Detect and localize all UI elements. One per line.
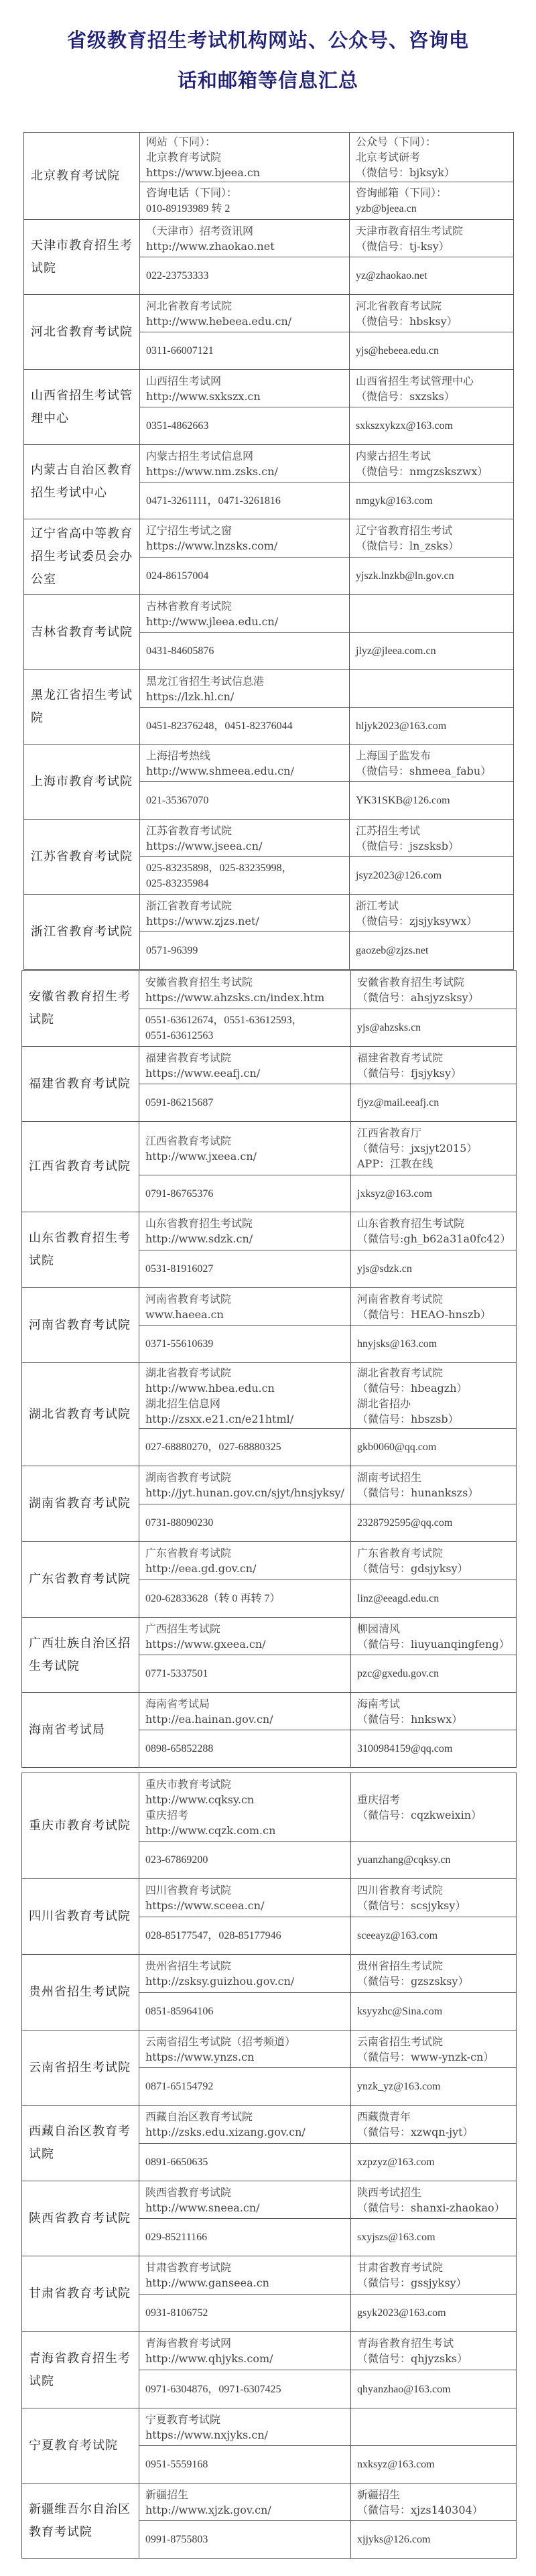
website-cell-line: 上海招考热线 (146, 748, 349, 763)
phone-cell-line: 0771-5337501 (145, 1666, 350, 1681)
wechat-account-cell: 内蒙古招生考试（微信号：nmgzskszwx） (350, 445, 514, 482)
wechat-account-cell-line: 江西省教育厅 (357, 1125, 516, 1141)
email-cell: qhyanzhao@163.com (351, 2370, 517, 2408)
phone-cell-line: 024-86157004 (146, 568, 349, 584)
wechat-account-cell-line: （微信号：gssjyksy） (357, 2275, 516, 2291)
table-row: 广东省教育考试院广东省教育考试院http://eea.gd.gov.cn/广东省… (22, 1542, 517, 1580)
phone-cell-line: 025-83235898，025-83235998， (146, 860, 349, 876)
email-cell-line: linz@eeagd.edu.cn (357, 1591, 516, 1606)
wechat-account-cell: 上海国子监发布（微信号：shmeea_fabu） (350, 745, 514, 782)
institution-name: 西藏自治区教育考试院 (22, 2106, 139, 2181)
wechat-account-cell-line: （微信号：nmgzskszwx） (356, 464, 513, 479)
phone-cell-line: 咨询电话（下同）： (146, 186, 349, 201)
website-cell-line: 黑龙江省招生考试信息港 (146, 673, 349, 689)
website-cell: 山西招生考试网http://www.sxkszx.cn (140, 370, 350, 407)
institution-name: 贵州省招生考试院 (22, 1955, 139, 2031)
wechat-account-cell: 重庆招考（微信号：cqzkweixin） (351, 1773, 517, 1842)
wechat-account-cell: 湖南考试招生（微信号：hunankszs） (351, 1466, 517, 1504)
phone-cell-line: 0791-86765376 (145, 1186, 350, 1202)
phone-cell: 0531-81916027 (139, 1250, 351, 1288)
table-row: 天津市教育招生考试院（天津市）招考资讯网http://www.zhaokao.n… (24, 220, 514, 257)
website-cell-line: 网站（下同）： (146, 134, 349, 149)
website-cell: 山东省教育招生考试院http://www.sdzk.cn/ (139, 1212, 351, 1250)
wechat-account-cell: 新疆招生（微信号：xjzs140304） (351, 2484, 517, 2521)
email-cell-line: yzb@bjeea.cn (356, 201, 513, 216)
wechat-account-cell: 湖北省教育考试院（微信号：hbeagzh）湖北省招办（微信号：hbszsb） (351, 1363, 517, 1429)
website-cell-line: 湖北省教育考试院 (145, 1365, 350, 1380)
phone-cell-line: 0898-65852288 (145, 1741, 350, 1756)
email-cell: ksyyzhc@Sina.com (351, 1993, 517, 2031)
website-cell-line: http://zsksy.guizhou.gov.cn/ (145, 1974, 350, 1989)
wechat-account-cell-line: 湖北省招办 (357, 1396, 516, 1411)
wechat-account-cell-line: （微信号：gzszsksy） (357, 1974, 516, 1989)
email-cell: sceeayz@163.com (351, 1917, 517, 1955)
phone-cell-line: 0311-66007121 (146, 343, 349, 359)
wechat-account-cell-line: 安徽省教育招生考试院 (357, 974, 516, 990)
phone-cell-line: 0971-6304876，0971-6307425 (145, 2382, 350, 2397)
phone-cell: 0951-5559168 (139, 2446, 351, 2484)
website-cell-line: 陕西省教育考试院 (145, 2185, 350, 2200)
website-cell-line: 河南省教育考试院 (145, 1291, 350, 1307)
website-cell-line: http://www.ganseea.cn (145, 2275, 350, 2291)
email-cell-line: sxkszxykzx@163.com (356, 418, 513, 434)
website-cell-line: http://jyt.hunan.gov.cn/sjyt/hnsjyksy/ (145, 1485, 350, 1500)
wechat-account-cell-line: （微信号：shmeea_fabu） (356, 763, 513, 779)
phone-cell-line: 0951-5559168 (145, 2457, 350, 2472)
wechat-account-cell-line: （微信号：jszsksb） (356, 838, 513, 854)
email-cell: fjyz@mail.eeafj.cn (351, 1084, 517, 1122)
website-cell-line: 浙江省教育考试院 (146, 898, 349, 913)
website-cell-line: http://ea.hainan.gov.cn/ (145, 1712, 350, 1727)
website-cell-line: 北京教育考试院 (146, 149, 349, 165)
table-row: 湖南省教育考试院湖南省教育考试院http://jyt.hunan.gov.cn/… (22, 1466, 517, 1504)
phone-cell: 0431-84605876 (140, 633, 350, 670)
institution-name: 浙江省教育考试院 (24, 895, 140, 970)
table-row: 安徽省教育招生考试院安徽省教育招生考试院https://www.ahzsks.c… (22, 971, 517, 1009)
website-cell-line: https://www.ahzsks.cn/index.htm (145, 990, 350, 1005)
email-cell-line: jlyz@jleea.com.cn (356, 643, 513, 659)
email-cell: sxyjszs@163.com (351, 2219, 517, 2256)
phone-cell: 023-67869200 (139, 1842, 351, 1879)
info-table-1: 北京教育考试院网站（下同）：北京教育考试院https://www.bjeea.c… (23, 132, 514, 970)
phone-cell-line: 022-23753333 (146, 268, 349, 283)
wechat-account-cell-line: （微信号：hnkswx） (357, 1712, 516, 1727)
website-cell: 西藏自治区教育考试院http://zsks.edu.xizang.gov.cn/ (139, 2106, 351, 2144)
institution-name: 山西省招生考试管理中心 (24, 370, 140, 445)
email-cell-line: yjs@ahzsks.cn (357, 1020, 516, 1035)
website-cell: 宁夏教育考试院https://www.nxjyks.cn/ (139, 2408, 351, 2446)
website-cell-line: http://www.sdzk.cn/ (145, 1231, 350, 1246)
table-row: 湖北省教育考试院湖北省教育考试院http://www.hbea.edu.cn湖北… (22, 1363, 517, 1429)
email-cell-line: 3100984159@qq.com (357, 1741, 516, 1756)
website-cell-line: https://www.bjeea.cn (146, 165, 349, 180)
email-cell: pzc@gxedu.gov.cn (351, 1655, 517, 1693)
website-cell-line: 江西省教育考试院 (145, 1133, 350, 1149)
wechat-account-cell: 山东省教育招生考试院（微信号:gh_b62a31a0fc42） (351, 1212, 517, 1250)
title-line-2: 话和邮箱等信息汇总 (0, 60, 536, 101)
institution-name: 广东省教育考试院 (22, 1542, 139, 1618)
email-cell: gaozeb@zjzs.net (350, 932, 514, 970)
table-row: 河北省教育考试院河北省教育考试院http://www.hebeea.edu.cn… (24, 295, 514, 332)
email-cell: yjs@hebeea.edu.cn (350, 332, 514, 370)
email-cell: nxksyz@163.com (351, 2446, 517, 2484)
website-cell-line: 湖南省教育考试院 (145, 1470, 350, 1485)
website-cell-line: http://www.shmeea.edu.cn/ (146, 763, 349, 779)
wechat-account-cell-line: 柳园清风 (357, 1621, 516, 1636)
wechat-account-cell: 山西省招生考试管理中心（微信号：sxzsks） (350, 370, 514, 407)
wechat-account-cell: 江西省教育厅（微信号：jxsjyt2015）APP：江教在线 (351, 1122, 517, 1175)
phone-cell-line: 0571-96399 (146, 943, 349, 958)
institution-name: 山东省教育招生考试院 (22, 1212, 139, 1288)
table-row: 四川省教育考试院四川省教育考试院https://www.sceea.cn/四川省… (22, 1879, 517, 1917)
website-cell-line: 安徽省教育招生考试院 (145, 974, 350, 990)
wechat-account-cell-line: 陕西考试招生 (357, 2185, 516, 2200)
website-cell: 广西招生考试院https://www.gxeea.cn/ (139, 1618, 351, 1655)
website-cell: 江苏省教育考试院https://www.jseea.cn/ (140, 820, 350, 857)
phone-cell-line: 023-67869200 (145, 1852, 350, 1868)
phone-cell: 咨询电话（下同）：010-89193989 转 2 (140, 182, 350, 220)
email-cell: yjs@ahzsks.cn (351, 1009, 517, 1047)
phone-cell: 0591-86215687 (139, 1084, 351, 1122)
institution-name: 内蒙古自治区教育招生考试中心 (24, 445, 140, 519)
email-cell: yjszk.lnzkb@ln.gov.cn (350, 558, 514, 595)
email-cell: 3100984159@qq.com (351, 1730, 517, 1768)
wechat-account-cell-line: （微信号：sxzsks） (356, 389, 513, 404)
institution-name: 河北省教育考试院 (24, 295, 140, 370)
wechat-account-cell: 广东省教育考试院（微信号：gdsjyksy） (351, 1542, 517, 1580)
email-cell: jsyz2023@126.com (350, 857, 514, 895)
website-cell-line: 贵州省招生考试院 (145, 1958, 350, 1974)
email-cell: hnyjsks@163.com (351, 1326, 517, 1363)
website-cell: 辽宁招生考试之窗https://www.lnzsks.com/ (140, 519, 350, 558)
wechat-account-cell-line: （微信号：shanxi-zhaokao） (357, 2200, 516, 2215)
email-cell-line: hljyk2023@163.com (356, 718, 513, 734)
email-cell: yjs@sdzk.cn (351, 1250, 517, 1288)
website-cell-line: https://www.sceea.cn/ (145, 1898, 350, 1913)
phone-cell-line: 027-68880270，027-68880325 (145, 1439, 350, 1455)
table-row: 山东省教育招生考试院山东省教育招生考试院http://www.sdzk.cn/山… (22, 1212, 517, 1250)
wechat-account-cell-line: （微信号：hbsksy） (356, 314, 513, 329)
institution-name: 湖北省教育考试院 (22, 1363, 139, 1466)
website-cell: 重庆市教育考试院http://www.cqksy.cn重庆招考http://ww… (139, 1773, 351, 1842)
wechat-account-cell-line: 贵州省招生考试院 (357, 1958, 516, 1974)
email-cell: gsyk2023@163.com (351, 2295, 517, 2332)
phone-cell-line: 0531-81916027 (145, 1261, 350, 1277)
wechat-account-cell: 河北省教育考试院（微信号：hbsksy） (350, 295, 514, 332)
website-cell-line: https://www.ynzs.cn (145, 2049, 350, 2065)
phone-cell-line: 0871-65154792 (145, 2079, 350, 2094)
table-row: 广西壮族自治区招生考试院广西招生考试院https://www.gxeea.cn/… (22, 1618, 517, 1655)
table-row: 宁夏教育考试院宁夏教育考试院https://www.nxjyks.cn/ (22, 2408, 517, 2446)
phone-cell: 020-62833628（转 0 再转 7） (139, 1580, 351, 1618)
wechat-account-cell-line: （微信号：tj-ksy） (356, 239, 513, 254)
phone-cell: 024-86157004 (140, 558, 350, 595)
website-cell-line: 青海省教育考试网 (145, 2335, 350, 2351)
email-cell: xjjyks@126.com (351, 2521, 517, 2559)
email-cell-line: gkb0060@qq.com (357, 1439, 516, 1455)
phone-cell: 025-83235898，025-83235998，025-83235984 (140, 857, 350, 895)
wechat-account-cell: 河南省教育考试院（微信号：HEAO-hnszb） (351, 1288, 517, 1326)
wechat-account-cell-line: 北京考试研考 (356, 149, 513, 165)
website-cell-line: 重庆市教育考试院 (145, 1777, 350, 1792)
email-cell-line: jsyz2023@126.com (356, 868, 513, 883)
wechat-account-cell-line: 新疆招生 (357, 2487, 516, 2502)
table-row: 河南省教育考试院河南省教育考试院www.haeea.cn河南省教育考试院（微信号… (22, 1288, 517, 1326)
wechat-account-cell-line: （微信号：scsjyksy） (357, 1898, 516, 1913)
wechat-account-cell-line: 甘肃省教育考试院 (357, 2260, 516, 2275)
website-cell-line: 海南省考试局 (145, 1696, 350, 1712)
institution-name: 吉林省教育考试院 (24, 595, 140, 670)
wechat-account-cell-line: （微信号：hbeagzh） (357, 1380, 516, 1396)
website-cell-line: 广西招生考试院 (145, 1621, 350, 1636)
phone-cell: 0791-86765376 (139, 1175, 351, 1212)
email-cell-line: jxksyz@163.com (357, 1186, 516, 1202)
phone-cell: 0371-55610639 (139, 1326, 351, 1363)
email-cell-line: 咨询邮箱（下同）： (356, 186, 513, 201)
phone-cell-line: 0371-55610639 (145, 1336, 350, 1352)
website-cell: 四川省教育考试院https://www.sceea.cn/ (139, 1879, 351, 1917)
email-cell: YK31SKB@126.com (350, 782, 514, 820)
website-cell-line: http://www.hbea.edu.cn (145, 1380, 350, 1396)
wechat-account-cell-line: 山东省教育招生考试院 (357, 1216, 516, 1231)
institution-name: 云南省招生考试院 (22, 2031, 139, 2106)
phone-cell-line: 010-89193989 转 2 (146, 201, 349, 216)
website-cell-line: 宁夏教育考试院 (145, 2412, 350, 2427)
phone-cell: 022-23753333 (140, 257, 350, 295)
website-cell-line: http://www.jxeea.cn/ (145, 1149, 350, 1164)
website-cell-line: https://www.nxjyks.cn/ (145, 2427, 350, 2443)
website-cell-line: 山东省教育招生考试院 (145, 1216, 350, 1231)
email-cell-line: gsyk2023@163.com (357, 2305, 516, 2321)
website-cell: 上海招考热线http://www.shmeea.edu.cn/ (140, 745, 350, 782)
phone-cell-line: 0451-82376248，0451-82376044 (146, 718, 349, 734)
website-cell-line: 湖北招生信息网 (145, 1396, 350, 1411)
email-cell-line: yjszk.lnzkb@ln.gov.cn (356, 568, 513, 584)
phone-cell-line: 0991-8755803 (145, 2532, 350, 2547)
wechat-account-cell-line: 河南省教育考试院 (357, 1291, 516, 1307)
phone-cell: 0971-6304876，0971-6307425 (139, 2370, 351, 2408)
institution-name: 福建省教育考试院 (22, 1047, 139, 1122)
phone-cell-line: 021-35367070 (146, 793, 349, 808)
wechat-account-cell-line: 青海省教育招生考试 (357, 2335, 516, 2351)
email-cell-line: yuanzhang@cqksy.cn (357, 1852, 516, 1868)
wechat-account-cell: 四川省教育考试院（微信号：scsjyksy） (351, 1879, 517, 1917)
phone-cell: 0571-96399 (140, 932, 350, 970)
phone-cell: 0451-82376248，0451-82376044 (140, 708, 350, 745)
website-cell: （天津市）招考资讯网http://www.zhaokao.net (140, 220, 350, 257)
wechat-account-cell: 西藏微青年（微信号：xzwqn-jyt） (351, 2106, 517, 2144)
website-cell: 吉林省教育考试院http://www.jleea.edu.cn/ (140, 595, 350, 633)
email-cell: hljyk2023@163.com (350, 708, 514, 745)
wechat-account-cell-line: （微信号：jxsjyt2015） (357, 1141, 516, 1156)
wechat-account-cell-line: （微信号:gh_b62a31a0fc42） (357, 1231, 516, 1246)
website-cell: 浙江省教育考试院https://www.zjzs.net/ (140, 895, 350, 932)
website-cell-line: 山西招生考试网 (146, 373, 349, 389)
institution-name: 北京教育考试院 (24, 133, 140, 220)
email-cell-line: sxyjszs@163.com (357, 2230, 516, 2245)
wechat-account-cell-line: （微信号：ahsjyzsksy） (357, 990, 516, 1005)
wechat-account-cell-line: （微信号：zjsjyksywx） (356, 913, 513, 929)
website-cell: 广东省教育考试院http://eea.gd.gov.cn/ (139, 1542, 351, 1580)
website-cell-line: http://www.sxkszx.cn (146, 389, 349, 404)
phone-cell: 0351-4862663 (140, 407, 350, 445)
website-cell: 网站（下同）：北京教育考试院https://www.bjeea.cn (140, 133, 350, 182)
institution-name: 宁夏教育考试院 (22, 2408, 139, 2484)
wechat-account-cell (350, 670, 514, 708)
phone-cell-line: 0731-88090230 (145, 1515, 350, 1531)
email-cell: xzpzyz@163.com (351, 2144, 517, 2181)
table-row: 吉林省教育考试院吉林省教育考试院http://www.jleea.edu.cn/ (24, 595, 514, 633)
wechat-account-cell-line: （微信号：gdsjyksy） (357, 1561, 516, 1576)
phone-cell: 027-68880270，027-68880325 (139, 1429, 351, 1466)
wechat-account-cell: 江苏招生考试（微信号：jszsksb） (350, 820, 514, 857)
website-cell: 湖南省教育考试院http://jyt.hunan.gov.cn/sjyt/hns… (139, 1466, 351, 1504)
email-cell-line: fjyz@mail.eeafj.cn (357, 1095, 516, 1110)
wechat-account-cell-line: （微信号：fjsjyksy） (357, 1066, 516, 1081)
institution-name: 海南省考试局 (22, 1693, 139, 1768)
wechat-account-cell-line: 湖北省教育考试院 (357, 1365, 516, 1380)
website-cell-line: https://www.jseea.cn/ (146, 838, 349, 854)
wechat-account-cell-line: 浙江考试 (356, 898, 513, 913)
website-cell: 黑龙江省招生考试信息港https://lzk.hl.cn/ (140, 670, 350, 708)
phone-cell-line: 029-85211166 (145, 2230, 350, 2245)
wechat-account-cell: 浙江考试（微信号：zjsjyksywx） (350, 895, 514, 932)
website-cell-line: 江苏省教育考试院 (146, 823, 349, 838)
website-cell-line: http://www.zhaokao.net (146, 239, 349, 254)
wechat-account-cell-line: （微信号：www-ynzk-cn） (357, 2049, 516, 2065)
institution-name: 陕西省教育考试院 (22, 2181, 139, 2256)
phone-cell: 021-35367070 (140, 782, 350, 820)
website-cell-line: 福建省教育考试院 (145, 1050, 350, 1066)
wechat-account-cell-line: 云南省招生考试院 (357, 2034, 516, 2049)
email-cell-line: sceeayz@163.com (357, 1928, 516, 1943)
wechat-account-cell-line: （微信号：HEAO-hnszb） (357, 1307, 516, 1322)
table-row: 北京教育考试院网站（下同）：北京教育考试院https://www.bjeea.c… (24, 133, 514, 182)
table-row: 陕西省教育考试院陕西省教育考试院http://www.sneea.cn/陕西考试… (22, 2181, 517, 2219)
table-row: 青海省教育招生考试院青海省教育考试网http://www.qhjyks.com/… (22, 2332, 517, 2370)
wechat-account-cell-line: （微信号：liuyuanqingfeng） (357, 1636, 516, 1652)
phone-cell-line: 0551-63612563 (145, 1028, 350, 1043)
wechat-account-cell: 辽宁省教育招生考试（微信号：ln_zsks） (350, 519, 514, 558)
title-line-1: 省级教育招生考试机构网站、公众号、咨询电 (0, 20, 536, 60)
website-cell-line: 广东省教育考试院 (145, 1545, 350, 1561)
wechat-account-cell-line: 辽宁省教育招生考试 (356, 523, 513, 538)
wechat-account-cell-line: 河北省教育考试院 (356, 298, 513, 314)
email-cell: jlyz@jleea.com.cn (350, 633, 514, 670)
wechat-account-cell-line: （微信号：hbszsb） (357, 1411, 516, 1427)
email-cell: yuanzhang@cqksy.cn (351, 1842, 517, 1879)
wechat-account-cell-line: （微信号：xjzs140304） (357, 2502, 516, 2518)
institution-name: 江苏省教育考试院 (24, 820, 140, 895)
website-cell-line: http://www.hebeea.edu.cn/ (146, 314, 349, 329)
website-cell-line: 西藏自治区教育考试院 (145, 2109, 350, 2124)
website-cell: 陕西省教育考试院http://www.sneea.cn/ (139, 2181, 351, 2219)
website-cell-line: http://www.xjzk.gov.cn/ (145, 2502, 350, 2518)
website-cell-line: https://www.gxeea.cn/ (145, 1636, 350, 1652)
wechat-account-cell: 安徽省教育招生考试院（微信号：ahsjyzsksy） (351, 971, 517, 1009)
institution-name: 新疆维吾尔自治区教育考试院 (22, 2484, 139, 2559)
wechat-account-cell: 甘肃省教育考试院（微信号：gssjyksy） (351, 2256, 517, 2295)
info-table-2: 安徽省教育招生考试院安徽省教育招生考试院https://www.ahzsks.c… (21, 970, 517, 1768)
wechat-account-cell: 陕西考试招生（微信号：shanxi-zhaokao） (351, 2181, 517, 2219)
wechat-account-cell-line: APP：江教在线 (357, 1156, 516, 1171)
email-cell-line: nmgyk@163.com (356, 493, 513, 509)
website-cell-line: 云南省招生考试院（招考频道） (145, 2034, 350, 2049)
phone-cell: 028-85177547，028-85177946 (139, 1917, 351, 1955)
wechat-account-cell-line: 天津市教育招生考试院 (356, 223, 513, 239)
website-cell-line: https://lzk.hl.cn/ (146, 689, 349, 704)
wechat-account-cell: 贵州省招生考试院（微信号：gzszsksy） (351, 1955, 517, 1993)
table-row: 新疆维吾尔自治区教育考试院新疆招生http://www.xjzk.gov.cn/… (22, 2484, 517, 2521)
phone-cell: 029-85211166 (139, 2219, 351, 2256)
table-row: 甘肃省教育考试院甘肃省教育考试院http://www.ganseea.cn甘肃省… (22, 2256, 517, 2295)
table-row: 江西省教育考试院江西省教育考试院http://www.jxeea.cn/江西省教… (22, 1122, 517, 1175)
email-cell: gkb0060@qq.com (351, 1429, 517, 1466)
email-cell: 2328792595@qq.com (351, 1504, 517, 1542)
phone-cell-line: 0351-4862663 (146, 418, 349, 434)
website-cell-line: 内蒙古招生考试信息网 (146, 448, 349, 464)
phone-cell-line: 0851-85964106 (145, 2004, 350, 2019)
phone-cell: 0891-6650635 (139, 2144, 351, 2181)
table-row: 西藏自治区教育考试院西藏自治区教育考试院http://zsks.edu.xiza… (22, 2106, 517, 2144)
email-cell: nmgyk@163.com (350, 482, 514, 519)
wechat-account-cell: 云南省招生考试院（微信号：www-ynzk-cn） (351, 2031, 517, 2068)
email-cell: jxksyz@163.com (351, 1175, 517, 1212)
website-cell-line: http://eea.gd.gov.cn/ (145, 1561, 350, 1576)
wechat-account-cell-line: 西藏微青年 (357, 2109, 516, 2124)
wechat-account-cell-line: 上海国子监发布 (356, 748, 513, 763)
table-row: 重庆市教育考试院重庆市教育考试院http://www.cqksy.cn重庆招考h… (22, 1773, 517, 1842)
email-cell-line: YK31SKB@126.com (356, 793, 513, 808)
email-cell-line: yjs@sdzk.cn (357, 1261, 516, 1277)
wechat-account-cell-line: 重庆招考 (357, 1792, 516, 1807)
website-cell: 云南省招生考试院（招考频道）https://www.ynzs.cn (139, 2031, 351, 2068)
phone-cell: 0991-8755803 (139, 2521, 351, 2559)
table-row: 福建省教育考试院福建省教育考试院https://www.eeafj.cn/福建省… (22, 1047, 517, 1084)
institution-name: 四川省教育考试院 (22, 1879, 139, 1955)
email-cell-line: hnyjsks@163.com (357, 1336, 516, 1352)
institution-name: 广西壮族自治区招生考试院 (22, 1618, 139, 1693)
email-cell: 咨询邮箱（下同）：yzb@bjeea.cn (350, 182, 514, 220)
email-cell-line: pzc@gxedu.gov.cn (357, 1666, 516, 1681)
website-cell: 甘肃省教育考试院http://www.ganseea.cn (139, 2256, 351, 2295)
phone-cell-line: 0931-8106752 (145, 2305, 350, 2321)
wechat-account-cell (350, 595, 514, 633)
website-cell: 新疆招生http://www.xjzk.gov.cn/ (139, 2484, 351, 2521)
phone-cell: 0871-65154792 (139, 2068, 351, 2106)
website-cell: 贵州省招生考试院http://zsksy.guizhou.gov.cn/ (139, 1955, 351, 1993)
wechat-account-cell-line: （微信号：bjksyk） (356, 165, 513, 180)
wechat-account-cell-line: （微信号：xzwqn-jyt） (357, 2124, 516, 2140)
website-cell-line: http://www.qhjyks.com/ (145, 2351, 350, 2366)
institution-name: 江西省教育考试院 (22, 1122, 139, 1212)
email-cell-line: nxksyz@163.com (357, 2457, 516, 2472)
website-cell-line: http://www.jleea.edu.cn/ (146, 614, 349, 629)
website-cell-line: https://www.nm.zsks.cn/ (146, 464, 349, 479)
table-row: 山西省招生考试管理中心山西招生考试网http://www.sxkszx.cn山西… (24, 370, 514, 407)
institution-name: 湖南省教育考试院 (22, 1466, 139, 1542)
phone-cell-line: 025-83235984 (146, 876, 349, 891)
institution-name: 青海省教育招生考试院 (22, 2332, 139, 2408)
phone-cell-line: 0431-84605876 (146, 643, 349, 659)
website-cell-line: 重庆招考 (145, 1807, 350, 1823)
phone-cell-line: 0891-6650635 (145, 2154, 350, 2170)
table-row: 海南省考试局海南省考试局http://ea.hainan.gov.cn/海南考试… (22, 1693, 517, 1730)
wechat-account-cell: 福建省教育考试院（微信号：fjsjyksy） (351, 1047, 517, 1084)
wechat-account-cell-line: （微信号：hunankszs） (357, 1485, 516, 1500)
website-cell-line: （天津市）招考资讯网 (146, 223, 349, 239)
phone-cell: 0471-3261111，0471-3261816 (140, 482, 350, 519)
